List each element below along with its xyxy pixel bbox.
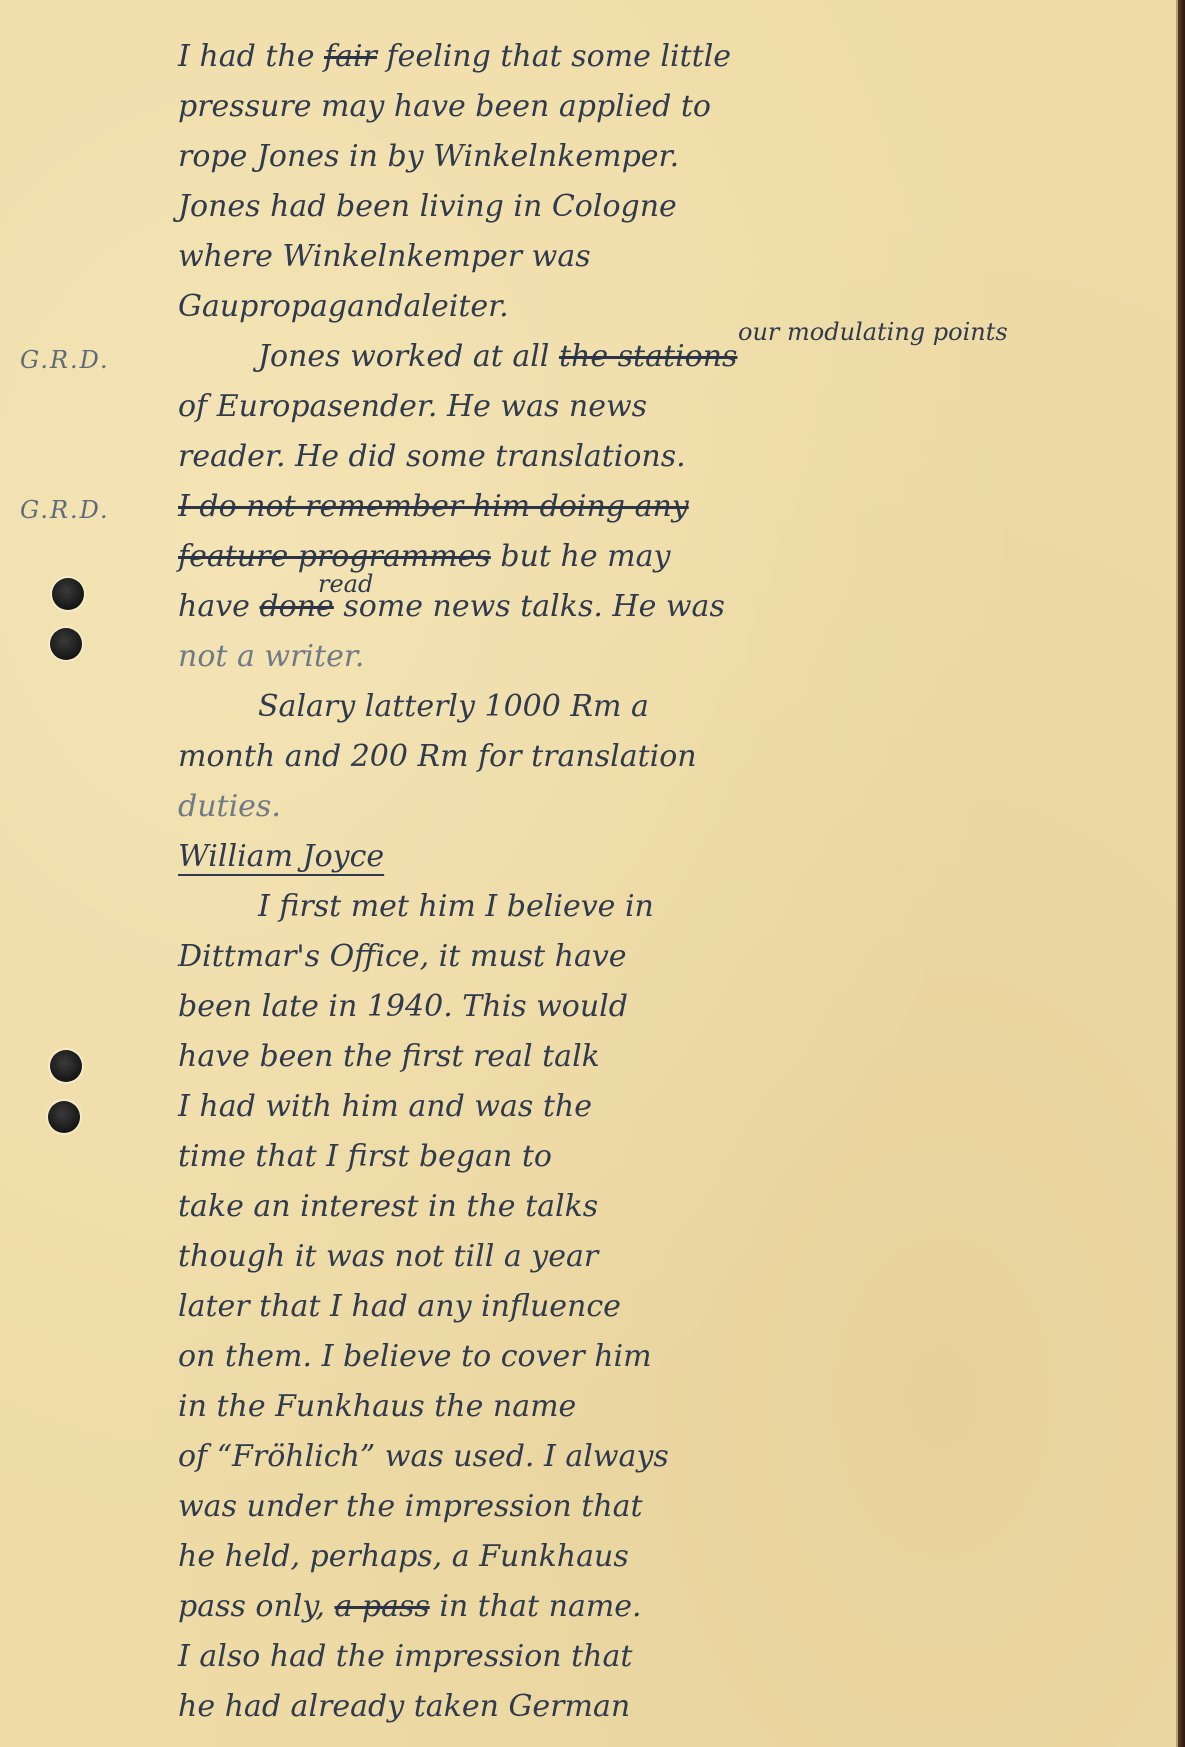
text-line: reader. He did some translations. (178, 432, 1168, 482)
text-line: he held, perhaps, a Funkhaus (178, 1532, 1168, 1582)
text-line: of Europasender. He was news (178, 382, 1168, 432)
text-line: month and 200 Rm for translation (178, 732, 1168, 782)
line-text: Jones worked at all (258, 339, 549, 374)
line-text: I had with him and was the (178, 1089, 592, 1124)
line-text: time that I first began to (178, 1139, 552, 1174)
line-text: pressure may have been applied to (178, 89, 711, 124)
margin-initials: G.R.D. (20, 496, 110, 524)
text-line: later that I had any influence (178, 1282, 1168, 1332)
section-heading: William Joyce (178, 839, 384, 874)
line-text: he had already taken German (178, 1689, 630, 1724)
line-text: Salary latterly 1000 Rm a (258, 689, 649, 724)
struck-word: feature programmes (178, 539, 491, 574)
text-line: I also had the impression that (178, 1632, 1168, 1682)
text-line: where Winkelnkemper was (178, 232, 1168, 282)
line-text: in that name. (439, 1589, 641, 1624)
text-line: read have done some news talks. He was (178, 582, 1168, 632)
text-line: been late in 1940. This would (178, 982, 1168, 1032)
struck-word: fair (324, 39, 377, 74)
text-line: Jones had been living in Cologne (178, 182, 1168, 232)
text-line: our modulating points Jones worked at al… (178, 332, 1168, 382)
line-text: take an interest in the talks (178, 1189, 598, 1224)
interlinear-insertion: read (318, 572, 373, 596)
text-line: on them. I believe to cover him (178, 1332, 1168, 1382)
line-text: feeling that some little (387, 39, 732, 74)
line-text: but he may (500, 539, 670, 574)
text-line: take an interest in the talks (178, 1182, 1168, 1232)
text-line: I had the fair feeling that some little (178, 32, 1168, 82)
line-text: some news talks. He was (343, 589, 724, 624)
line-text: I first met him I believe in (258, 889, 654, 924)
text-line: Dittmar's Office, it must have (178, 932, 1168, 982)
line-text: not a writer. (178, 639, 364, 674)
line-text: of Europasender. He was news (178, 389, 647, 424)
punch-hole (50, 628, 82, 660)
page-edge (1178, 0, 1185, 1747)
line-text: he held, perhaps, a Funkhaus (178, 1539, 629, 1574)
line-text: I also had the impression that (178, 1639, 632, 1674)
struck-line: I do not remember him doing any (178, 489, 689, 524)
text-line: William Joyce (178, 832, 1168, 882)
line-text: have (178, 589, 250, 624)
text-line: in the Funkhaus the name (178, 1382, 1168, 1432)
line-text: rope Jones in by Winkelnkemper. (178, 139, 679, 174)
line-text: been late in 1940. This would (178, 989, 628, 1024)
text-line: have been the first real talk (178, 1032, 1168, 1082)
punch-hole (50, 1050, 82, 1082)
line-text: reader. He did some translations. (178, 439, 686, 474)
text-line: pass only, a pass in that name. (178, 1582, 1168, 1632)
handwritten-text: I had the fair feeling that some little … (178, 32, 1168, 1732)
line-text: I had the (178, 39, 314, 74)
punch-hole (48, 1101, 80, 1133)
text-line: I first met him I believe in (178, 882, 1168, 932)
line-text: Gaupropagandaleiter. (178, 289, 509, 324)
struck-word: a pass (334, 1589, 429, 1624)
line-text: have been the first real talk (178, 1039, 600, 1074)
text-line: rope Jones in by Winkelnkemper. (178, 132, 1168, 182)
margin-initials: G.R.D. (20, 346, 110, 374)
text-line: pressure may have been applied to (178, 82, 1168, 132)
line-text: Dittmar's Office, it must have (178, 939, 627, 974)
line-text: later that I had any influence (178, 1289, 621, 1324)
text-line: of “Fröhlich” was used. I always (178, 1432, 1168, 1482)
text-line: time that I first began to (178, 1132, 1168, 1182)
line-text: of “Fröhlich” was used. I always (178, 1439, 669, 1474)
interlinear-insertion: our modulating points (738, 320, 1008, 344)
line-text: on them. I believe to cover him (178, 1339, 652, 1374)
text-line: he had already taken German (178, 1682, 1168, 1732)
line-text: in the Funkhaus the name (178, 1389, 576, 1424)
line-text: Jones had been living in Cologne (178, 189, 677, 224)
line-text: where Winkelnkemper was (178, 239, 591, 274)
text-line: Salary latterly 1000 Rm a (178, 682, 1168, 732)
struck-word: the stations (559, 339, 737, 374)
line-text: month and 200 Rm for translation (178, 739, 697, 774)
document-page: G.R.D. G.R.D. I had the fair feeling tha… (0, 0, 1178, 1747)
text-line: was under the impression that (178, 1482, 1168, 1532)
line-text: though it was not till a year (178, 1239, 598, 1274)
text-line: though it was not till a year (178, 1232, 1168, 1282)
punch-hole (52, 578, 84, 610)
line-text: duties. (178, 789, 281, 824)
text-line: I had with him and was the (178, 1082, 1168, 1132)
text-line: not a writer. (178, 632, 1168, 682)
text-line: duties. (178, 782, 1168, 832)
line-text: pass only, (178, 1589, 325, 1624)
text-line: I do not remember him doing any (178, 482, 1168, 532)
line-text: was under the impression that (178, 1489, 643, 1524)
text-line: Gaupropagandaleiter. (178, 282, 1168, 332)
